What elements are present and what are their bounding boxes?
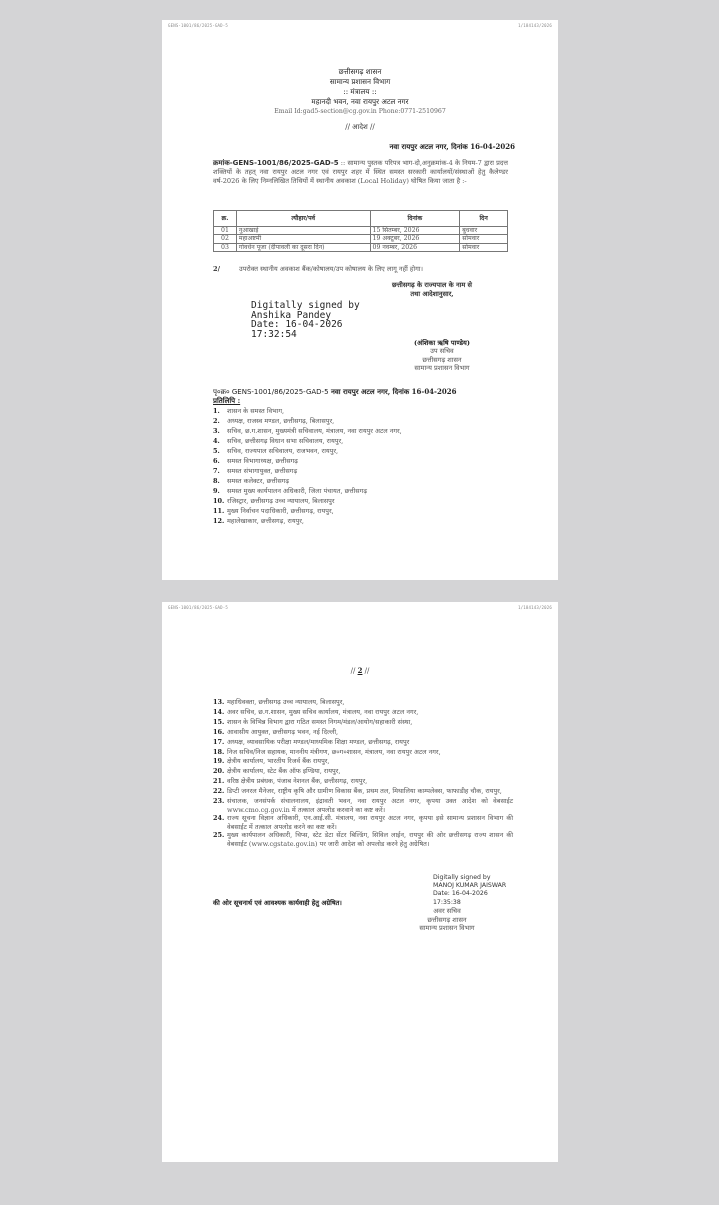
page-header-ref: GENS-1001/86/2025-GAD-5 — [168, 605, 228, 610]
order-body: क्रमांक-GENS-1001/86/2025-GAD-5 :: सामान… — [213, 159, 508, 187]
signatory-org-govt: छत्तीसगढ़ शासन — [377, 356, 507, 364]
list-item: 10.रजिस्ट्रार, छत्तीसगढ़ उच्च न्यायालय, … — [213, 496, 513, 506]
list-item-number: 10. — [213, 496, 227, 506]
cell-day: बुधवार — [460, 227, 508, 235]
list-item-text: सचिव, राज्यपाल सचिवालय, राजभवन, रायपुर, — [227, 446, 513, 456]
list-item-number: 22. — [213, 787, 227, 797]
list-item-text: शासन के विभिन्न विभाग द्वारा गठित समस्त … — [227, 718, 513, 728]
table-row: 01 नुआखाई 15 सितम्बर, 2026 बुधवार — [214, 227, 508, 235]
governor-line-1: छत्तीसगढ़ के राज्यपाल के नाम से — [362, 281, 502, 290]
list-item-text: समस्त संभागायुक्त, छत्तीसगढ़ — [227, 466, 513, 476]
cell-serial: 03 — [214, 243, 237, 251]
list-item-text: समस्त कलेक्टर, छत्तीसगढ़ — [227, 476, 513, 486]
cell-date: 15 सितम्बर, 2026 — [370, 227, 460, 235]
list-item-number: 20. — [213, 767, 227, 777]
table-row: 03 गोवर्धन पूजा (दीपावली का दूसरा दिन) 0… — [214, 243, 508, 251]
page-header-id: 1/184143/2026 — [518, 605, 552, 610]
signatory-designation: अवर सचिव — [382, 907, 512, 916]
list-item-number: 7. — [213, 466, 227, 476]
cell-date: 09 नवम्बर, 2026 — [370, 243, 460, 251]
list-item-text: सचिव, छत्तीसगढ़ विधान सभा सचिवालय, रायपु… — [227, 436, 513, 446]
letterhead-govt: छत्तीसगढ़ शासन — [162, 67, 558, 77]
list-item-text: अध्यक्ष, व्यावसायिक परीक्षा मण्डल/माध्यम… — [227, 738, 513, 748]
list-item: 22.डिप्टी जनरल मैनेजर, राष्ट्रीय कृषि और… — [213, 787, 513, 797]
col-header-serial: क्र. — [214, 211, 237, 227]
signatory-name: (अंशिका ऋषि पाण्डेय) — [377, 339, 507, 347]
list-item-text: अवर सचिव, छ.ग.शासन, मुख्य सचिव कार्यालय,… — [227, 708, 513, 718]
list-item-text: आवासीय आयुक्त, छत्तीसगढ़ भवन, नई दिल्ली, — [227, 728, 513, 738]
page-header-id: 1/184143/2026 — [518, 23, 552, 28]
cell-festival: नुआखाई — [236, 227, 370, 235]
list-item-number: 25. — [213, 831, 227, 848]
table-row: 02 महाअष्टमी 19 अक्टूबर, 2026 सोमवार — [214, 235, 508, 243]
order-title: // आदेश // — [162, 123, 558, 132]
list-item-text: मुख्य कार्यपालन अधिकारी, चिप्स, स्टेट डे… — [227, 831, 513, 848]
list-item: 23.संचालक, जनसंपर्क संचालनालय, इंद्रावती… — [213, 797, 513, 814]
list-item-text: शासन के समस्त विभाग, — [227, 406, 513, 416]
note-2-number: 2/ — [213, 265, 239, 273]
list-item: 4.सचिव, छत्तीसगढ़ विधान सभा सचिवालय, राय… — [213, 436, 513, 446]
list-item-number: 1. — [213, 406, 227, 416]
list-item-number: 11. — [213, 506, 227, 516]
page-number: // 2 // — [162, 666, 558, 675]
list-item-number: 12. — [213, 516, 227, 526]
list-item: 9.समस्त मुख्य कार्यपालन अधिकारी, जिला पं… — [213, 486, 513, 496]
list-item-text: समस्त मुख्य कार्यपालन अधिकारी, जिला पंचा… — [227, 486, 513, 496]
list-item: 24.राज्य सूचना विज्ञान अधिकारी, एन.आई.सी… — [213, 814, 513, 831]
list-item: 20.क्षेत्रीय कार्यालय, स्टेट बैंक ऑफ इण्… — [213, 767, 513, 777]
list-item: 14.अवर सचिव, छ.ग.शासन, मुख्य सचिव कार्या… — [213, 708, 513, 718]
list-item: 18.निज सचिव/निज सहायक, माननीय मंत्रीगण, … — [213, 748, 513, 758]
copy-recipient-list-continued: 13.महाधिवक्ता, छत्तीसगढ़ उच्च न्यायालय, … — [213, 698, 513, 849]
signatory-org-dept: सामान्य प्रशासन विभाग — [377, 364, 507, 372]
list-item-number: 23. — [213, 797, 227, 814]
copy-recipient-list: 1.शासन के समस्त विभाग,2.अध्यक्ष, राजस्व … — [213, 406, 513, 526]
dsig-time: 17:35:38 — [433, 899, 506, 907]
col-header-festival: त्यौहार/पर्व — [236, 211, 370, 227]
list-item-text: क्षेत्रीय कार्यालय, स्टेट बैंक ऑफ इण्डिय… — [227, 767, 513, 777]
col-header-date: दिनांक — [370, 211, 460, 227]
list-item: 25.मुख्य कार्यपालन अधिकारी, चिप्स, स्टेट… — [213, 831, 513, 848]
list-item: 7.समस्त संभागायुक्त, छत्तीसगढ़ — [213, 466, 513, 476]
order-number: क्रमांक-GENS-1001/86/2025-GAD-5 — [213, 159, 339, 167]
letterhead-contact: Email Id:gad5-section@cg.gov.in Phone:07… — [162, 107, 558, 117]
digital-signature-1: Digitally signed by Anshika Pandey Date:… — [251, 301, 360, 339]
list-item-text: राज्य सूचना विज्ञान अधिकारी, एन.आई.सी. म… — [227, 814, 513, 831]
copy-dateline: नवा रायपुर अटल नगर, दिनांक 16-04-2026 — [329, 387, 457, 396]
list-item: 5.सचिव, राज्यपाल सचिवालय, राजभवन, रायपुर… — [213, 446, 513, 456]
list-item: 8.समस्त कलेक्टर, छत्तीसगढ़ — [213, 476, 513, 486]
letterhead: छत्तीसगढ़ शासन सामान्य प्रशासन विभाग :: … — [162, 67, 558, 117]
list-item: 17.अध्यक्ष, व्यावसायिक परीक्षा मण्डल/माध… — [213, 738, 513, 748]
list-item-text: निज सचिव/निज सहायक, माननीय मंत्रीगण, छ०ग… — [227, 748, 513, 758]
list-item: 16.आवासीय आयुक्त, छत्तीसगढ़ भवन, नई दिल्… — [213, 728, 513, 738]
list-item-number: 6. — [213, 456, 227, 466]
copy-label: प्रतिलिपि : — [213, 396, 240, 406]
list-item-number: 15. — [213, 718, 227, 728]
note-2: 2/उपरोक्त स्थानीय अवकाश बैंक/कोषालय/उप क… — [213, 264, 423, 273]
letterhead-department: सामान्य प्रशासन विभाग — [162, 77, 558, 87]
list-item-number: 24. — [213, 814, 227, 831]
list-item-number: 21. — [213, 777, 227, 787]
closing-line: की ओर सूचनार्थ एवं आवश्यक कार्यवाही हेतु… — [213, 898, 342, 907]
cell-date: 19 अक्टूबर, 2026 — [370, 235, 460, 243]
document-page-1: GENS-1001/86/2025-GAD-5 1/184143/2026 छत… — [162, 20, 558, 580]
copy-number: पृ०क्र० GENS-1001/86/2025-GAD-5 — [213, 388, 329, 396]
list-item-text: महालेखाकार, छत्तीसगढ़, रायपुर, — [227, 516, 513, 526]
list-item-number: 19. — [213, 757, 227, 767]
signatory-block-1: (अंशिका ऋषि पाण्डेय) उप सचिव छत्तीसगढ़ श… — [377, 339, 507, 372]
signatory-block-2: अवर सचिव छत्तीसगढ़ शासन सामान्य प्रशासन … — [382, 907, 512, 933]
page-number-prefix: // — [351, 667, 358, 675]
list-item-number: 2. — [213, 416, 227, 426]
list-item-text: संचालक, जनसंपर्क संचालनालय, इंद्रावती भव… — [227, 797, 513, 814]
letterhead-ministry: :: मंत्रालय :: — [162, 87, 558, 97]
list-item: 19.क्षेत्रीय कार्यालय, भारतीय रिजर्व बैं… — [213, 757, 513, 767]
dsig-name: MANOJ KUMAR JAISWAR — [433, 882, 506, 890]
cell-serial: 01 — [214, 227, 237, 235]
list-item: 2.अध्यक्ष, राजस्व मण्डल, छत्तीसगढ़, बिला… — [213, 416, 513, 426]
governor-line-2: तथा आदेशानुसार, — [362, 290, 502, 299]
list-item: 3.सचिव, छ.ग.शासन, मुख्यमंत्री सचिवालय, म… — [213, 426, 513, 436]
cell-day: सोमवार — [460, 235, 508, 243]
list-item-text: सचिव, छ.ग.शासन, मुख्यमंत्री सचिवालय, मंत… — [227, 426, 513, 436]
list-item-number: 4. — [213, 436, 227, 446]
list-item: 21.वरिष्ठ क्षेत्रीय प्रबंधक, पंजाब नेशनल… — [213, 777, 513, 787]
list-item-text: महाधिवक्ता, छत्तीसगढ़ उच्च न्यायालय, बिल… — [227, 698, 513, 708]
list-item-text: अध्यक्ष, राजस्व मण्डल, छत्तीसगढ़, बिलासप… — [227, 416, 513, 426]
cell-serial: 02 — [214, 235, 237, 243]
list-item: 12.महालेखाकार, छत्तीसगढ़, रायपुर, — [213, 516, 513, 526]
dsig-time: 17:32:54 — [251, 330, 360, 340]
list-item-text: डिप्टी जनरल मैनेजर, राष्ट्रीय कृषि और ग्… — [227, 787, 513, 797]
letterhead-address: महानदी भवन, नवा रायपुर अटल नगर — [162, 97, 558, 107]
list-item-number: 9. — [213, 486, 227, 496]
page-header-ref: GENS-1001/86/2025-GAD-5 — [168, 23, 228, 28]
list-item-text: वरिष्ठ क्षेत्रीय प्रबंधक, पंजाब नेशनल बै… — [227, 777, 513, 787]
list-item: 13.महाधिवक्ता, छत्तीसगढ़ उच्च न्यायालय, … — [213, 698, 513, 708]
list-item-number: 3. — [213, 426, 227, 436]
copy-reference: पृ०क्र० GENS-1001/86/2025-GAD-5 नवा रायप… — [213, 387, 456, 397]
holiday-table: क्र. त्यौहार/पर्व दिनांक दिन 01 नुआखाई 1… — [213, 210, 508, 252]
list-item-text: मुख्य निर्वाचन पदाधिकारी, छत्तीसगढ़, राय… — [227, 506, 513, 516]
signatory-designation: उप सचिव — [377, 347, 507, 355]
list-item-number: 8. — [213, 476, 227, 486]
list-item-number: 17. — [213, 738, 227, 748]
digital-signature-2: Digitally signed by MANOJ KUMAR JAISWAR … — [433, 874, 506, 907]
list-item-text: समस्त विभागाध्यक्ष, छत्तीसगढ़ — [227, 456, 513, 466]
col-header-day: दिन — [460, 211, 508, 227]
list-item-text: रजिस्ट्रार, छत्तीसगढ़ उच्च न्यायालय, बिल… — [227, 496, 513, 506]
signatory-org-govt: छत्तीसगढ़ शासन — [382, 916, 512, 925]
document-page-2: GENS-1001/86/2025-GAD-5 1/184143/2026 //… — [162, 602, 558, 1162]
cell-festival: महाअष्टमी — [236, 235, 370, 243]
dsig-label: Digitally signed by — [433, 874, 506, 882]
list-item-number: 5. — [213, 446, 227, 456]
table-header-row: क्र. त्यौहार/पर्व दिनांक दिन — [214, 211, 508, 227]
governor-authority: छत्तीसगढ़ के राज्यपाल के नाम से तथा आदेश… — [362, 281, 502, 298]
page-number-suffix: // — [362, 667, 369, 675]
list-item-number: 14. — [213, 708, 227, 718]
list-item-number: 16. — [213, 728, 227, 738]
list-item: 1.शासन के समस्त विभाग, — [213, 406, 513, 416]
signatory-org-dept: सामान्य प्रशासन विभाग — [382, 924, 512, 933]
cell-day: सोमवार — [460, 243, 508, 251]
list-item-number: 13. — [213, 698, 227, 708]
note-2-text: उपरोक्त स्थानीय अवकाश बैंक/कोषालय/उप कोष… — [239, 265, 423, 273]
order-dateline: नवा रायपुर अटल नगर, दिनांक 16-04-2026 — [390, 142, 515, 152]
list-item-text: क्षेत्रीय कार्यालय, भारतीय रिजर्व बैंक र… — [227, 757, 513, 767]
list-item: 11.मुख्य निर्वाचन पदाधिकारी, छत्तीसगढ़, … — [213, 506, 513, 516]
list-item: 6.समस्त विभागाध्यक्ष, छत्तीसगढ़ — [213, 456, 513, 466]
list-item-number: 18. — [213, 748, 227, 758]
cell-festival: गोवर्धन पूजा (दीपावली का दूसरा दिन) — [236, 243, 370, 251]
dsig-date: Date: 16-04-2026 — [433, 890, 506, 898]
list-item: 15.शासन के विभिन्न विभाग द्वारा गठित समस… — [213, 718, 513, 728]
